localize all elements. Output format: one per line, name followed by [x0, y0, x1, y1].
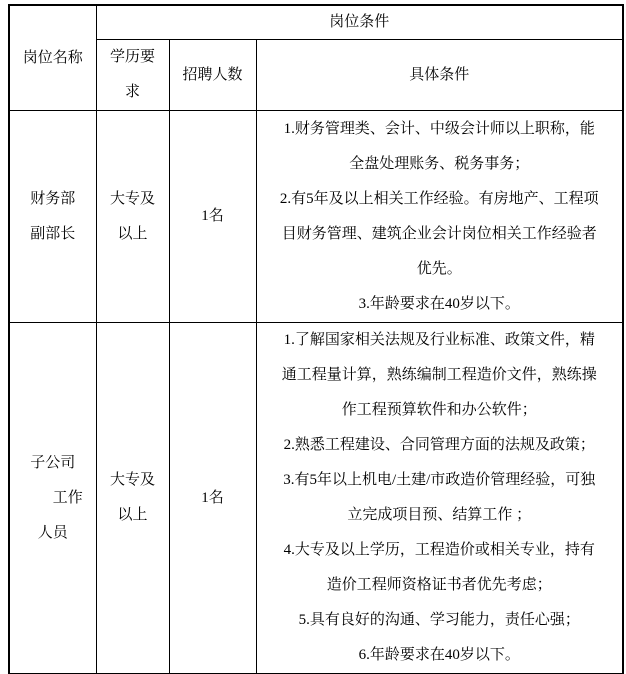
- header-conditions-group: 岗位条件: [96, 5, 623, 40]
- header-education-requirement: 学历要 求: [96, 40, 169, 111]
- position-name-cell: 子公司 工作 人员: [9, 323, 96, 674]
- header-position-name: 岗位名称: [9, 5, 96, 111]
- education-cell: 大专及 以上: [96, 323, 169, 674]
- position-name-cell: 财务部 副部长: [9, 111, 96, 323]
- headcount-cell: 1名: [169, 323, 256, 674]
- education-cell: 大专及 以上: [96, 111, 169, 323]
- header-row-sub: 学历要 求 招聘人数 具体条件: [9, 40, 623, 111]
- table-row-subsidiary-staff: 子公司 工作 人员 大专及 以上 1名 1.了解国家相关法规及行业标准、政策文件…: [9, 323, 623, 674]
- conditions-cell: 1.财务管理类、会计、中级会计师以上职称，能 全盘处理账务、税务事务； 2.有5…: [256, 111, 623, 323]
- document-page: 岗位名称 岗位条件 学历要 求 招聘人数 具体条件 财务部 副部长 大专及 以上…: [0, 0, 626, 674]
- header-headcount: 招聘人数: [169, 40, 256, 111]
- conditions-cell: 1.了解国家相关法规及行业标准、政策文件，精 通工程量计算，熟练编制工程造价文件…: [256, 323, 623, 674]
- headcount-cell: 1名: [169, 111, 256, 323]
- header-specific-conditions: 具体条件: [256, 40, 623, 111]
- table-row-finance-deputy: 财务部 副部长 大专及 以上 1名 1.财务管理类、会计、中级会计师以上职称，能…: [9, 111, 623, 323]
- job-requirements-table: 岗位名称 岗位条件 学历要 求 招聘人数 具体条件 财务部 副部长 大专及 以上…: [8, 4, 624, 674]
- header-row-top: 岗位名称 岗位条件: [9, 5, 623, 40]
